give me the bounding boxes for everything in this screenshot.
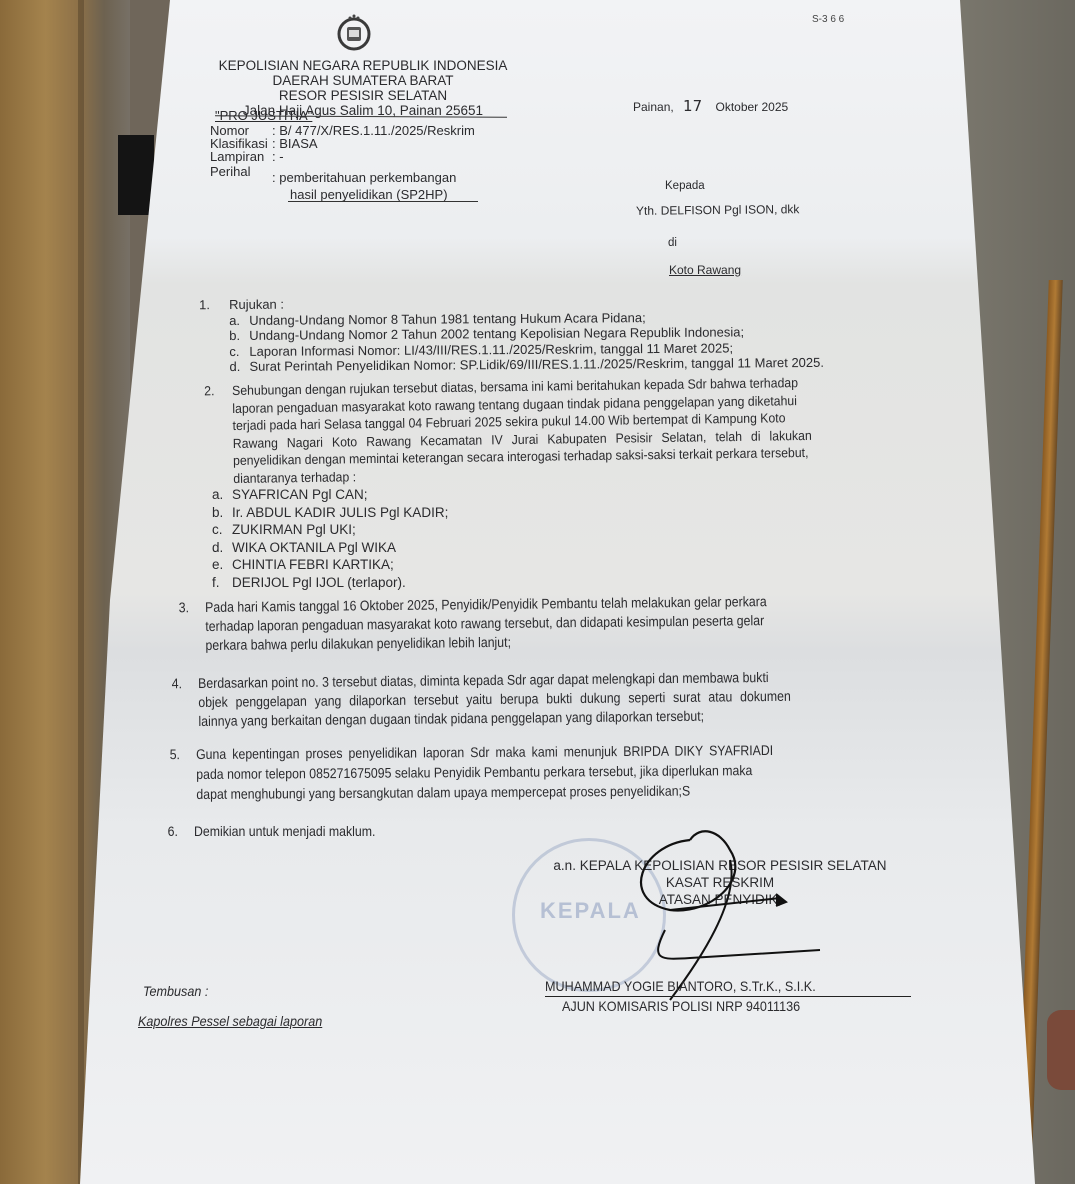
meta-row-perihal: Perihal: pemberitahuan perkembangan [210,165,475,184]
letterhead-unit: RESOR PESISIR SELATAN [208,88,518,103]
reference-code: S-3 6 6 [812,14,844,25]
point-number: 3. [179,598,189,617]
list-item: c.ZUKIRMAN Pgl UKI; [212,521,448,539]
list-item: e.CHINTIA FEBRI KARTIKA; [212,556,448,574]
pro-justitia-label: "PRO JUSTITIA" [215,108,312,123]
point-1-references: 1. Rujukan : a.Undang-Undang Nomor 8 Tah… [229,293,824,375]
witness-list: a.SYAFRICAN Pgl CAN; b.Ir. ABDUL KADIR J… [212,486,448,592]
point-2-investigation: 2. Sehubungan dengan rujukan tersebut di… [232,373,903,488]
date-day-handwritten: 17 [683,97,702,115]
list-item: b.Ir. ABDUL KADIR JULIS Pgl KADIR; [212,504,448,522]
tembusan-recipient: Kapolres Pessel sebagai laporan [138,1013,322,1029]
point-number: 4. [172,674,182,693]
point-number: 6. [168,823,178,841]
point-6-closing: 6. Demikian untuk menjadi maklum. [194,823,375,841]
list-item: d.Surat Perintah Penyelidikan Nomor: SP.… [229,355,824,375]
paragraph-line: dapat menghubungi yang bersangkutan dala… [196,779,935,804]
point-number: 1. [199,297,210,313]
point-5-contact: 5. Guna kepentingan proses penyelidikan … [196,739,936,804]
perihal-line2: hasil penyelidikan (SP2HP) [290,187,448,202]
recipient-name: Yth. DELFISON Pgl ISON, dkk [636,202,800,218]
recipient-di: di [668,237,677,249]
point-number: 5. [170,744,180,764]
signatory-name: MUHAMMAD YOGIE BIANTORO, S.Tr.K., S.I.K. [545,978,816,994]
tembusan-label: Tembusan : [143,983,208,999]
meta-label: Perihal [210,165,268,184]
list-item: f.DERIJOL Pgl IJOL (terlapor). [212,574,448,592]
date-place: Painan, [633,100,674,114]
letterhead-region: DAERAH SUMATERA BARAT [208,73,518,88]
date-month-year: Oktober 2025 [715,100,788,114]
paragraph-line: Demikian untuk menjadi maklum. [194,823,375,841]
letterhead-institution: KEPOLISIAN NEGARA REPUBLIK INDONESIA [208,58,518,73]
reference-list: a.Undang-Undang Nomor 8 Tahun 1981 tenta… [229,308,824,374]
recipient-kepada: Kepada [665,180,705,192]
police-emblem-icon [333,12,375,52]
police-letter: S-3 6 6 KEPOLISIAN NEGARA REPUBLIK INDON… [0,0,1075,1184]
perihal-underline [288,201,478,202]
meta-value: : - [268,150,284,163]
signatory-rank: AJUN KOMISARIS POLISI NRP 94011136 [562,998,800,1014]
meta-value: : pemberitahuan perkembangan [268,165,456,184]
point-3-case-review: 3. Pada hari Kamis tanggal 16 Oktober 20… [205,591,910,655]
letter-meta: Nomor: B/ 477/X/RES.1.11./2025/Reskrim K… [210,124,475,184]
list-item: d.WIKA OKTANILA Pgl WIKA [212,539,448,557]
point-4-evidence-request: 4. Berdasarkan point no. 3 tersebut diat… [198,666,920,731]
recipient-location: Koto Rawang [669,263,741,277]
meta-row-lampiran: Lampiran: - [210,150,475,163]
list-item: a.SYAFRICAN Pgl CAN; [212,486,448,504]
letter-date: Painan, 17 Oktober 2025 [633,97,788,115]
point-number: 2. [204,382,214,400]
meta-label: Lampiran [210,150,268,163]
